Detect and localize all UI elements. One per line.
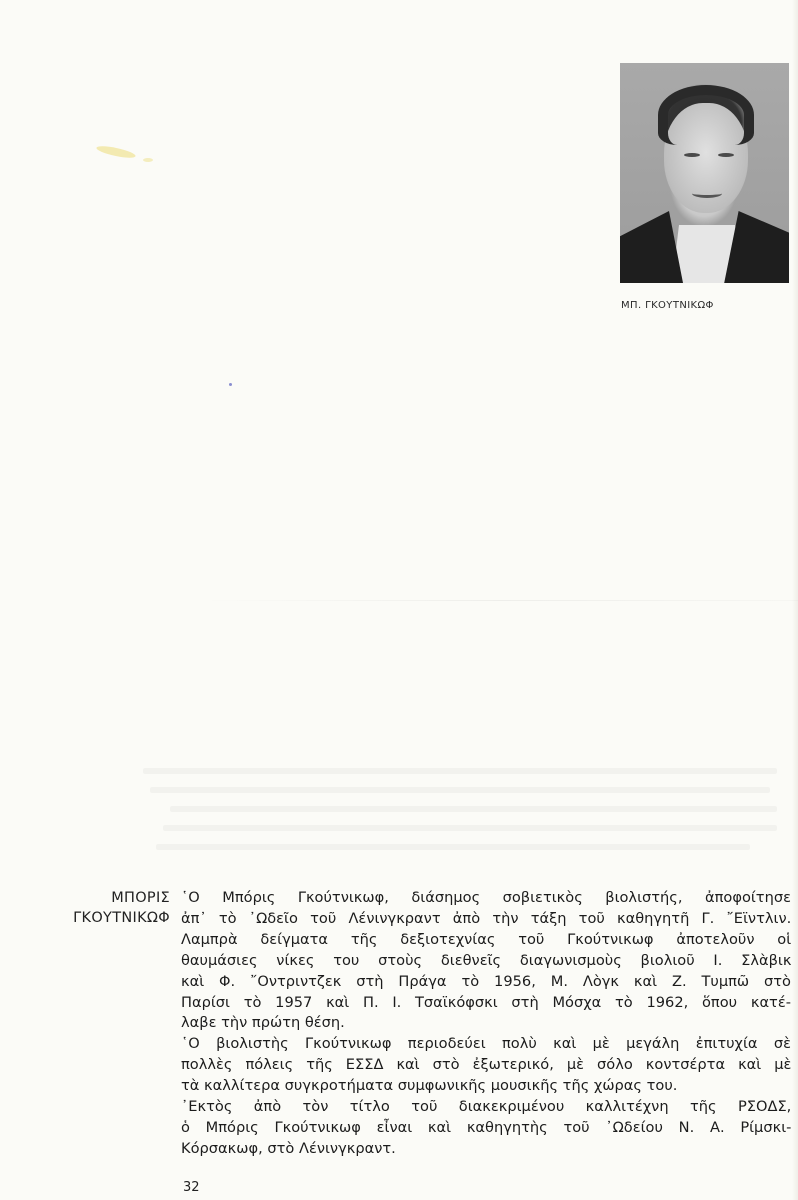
body-line: λαβε τὴν πρώτη θέση.: [181, 1013, 791, 1034]
body-line: ῾Ο βιολιστὴς Γκούτνικωφ περιοδεύει πολὺ …: [181, 1034, 791, 1055]
body-line: ἀπ᾽ τὸ ᾽Ωδεῖο τοῦ Λένινγκραντ ἀπὸ τὴν τά…: [181, 909, 791, 930]
paper-crease: [200, 600, 798, 601]
heading-line: ΓΚΟΥΤΝΙΚΩΦ: [73, 908, 170, 928]
article-body: ῾Ο Μπόρις Γκούτνικωφ, διάσημος σοβιετικὸ…: [181, 888, 791, 1160]
body-line: ᾽Εκτὸς ἀπὸ τὸν τίτλο τοῦ διακεκριμένου κ…: [181, 1097, 791, 1118]
body-line: πολλὲς πόλεις τῆς ΕΣΣΔ καὶ στὸ ἐξωτερικό…: [181, 1055, 791, 1076]
paper-stain: [96, 144, 137, 160]
ink-speck: [229, 383, 232, 386]
eye: [718, 153, 734, 157]
body-line: Λαμπρὰ δείγματα τῆς δεξιοτεχνίας τοῦ Γκο…: [181, 930, 791, 951]
show-through-text: [130, 768, 790, 863]
body-line: τὰ καλλίτερα συγκροτήματα συμφωνικῆς μου…: [181, 1076, 791, 1097]
paper-stain: [143, 158, 153, 162]
hair: [658, 85, 754, 145]
body-line: ῾Ο Μπόρις Γκούτνικωφ, διάσημος σοβιετικὸ…: [181, 888, 791, 909]
portrait-photo: [620, 63, 789, 283]
heading-line: ΜΠΟΡΙΣ: [73, 888, 170, 908]
eye: [684, 153, 700, 157]
mouth: [692, 189, 722, 198]
article-heading: ΜΠΟΡΙΣ ΓΚΟΥΤΝΙΚΩΦ: [73, 888, 170, 928]
body-line: Παρίσι τὸ 1957 καὶ Π. Ι. Τσαϊκόφσκι στὴ …: [181, 993, 791, 1014]
body-line: θαυμάσιες νίκες του στοὺς διεθνεῖς διαγω…: [181, 951, 791, 972]
page-number: 32: [183, 1180, 200, 1195]
photo-caption: ΜΠ. ΓΚΟΥΤΝΙΚΩΦ: [621, 300, 714, 311]
body-line: καὶ Φ. ῎Οντριντζεκ στὴ Πράγα τὸ 1956, Μ.…: [181, 972, 791, 993]
body-line: Κόρσακωφ, στὸ Λένινγκραντ.: [181, 1139, 791, 1160]
body-line: ὁ Μπόρις Γκούτνικωφ εἶναι καὶ καθηγητὴς …: [181, 1118, 791, 1139]
